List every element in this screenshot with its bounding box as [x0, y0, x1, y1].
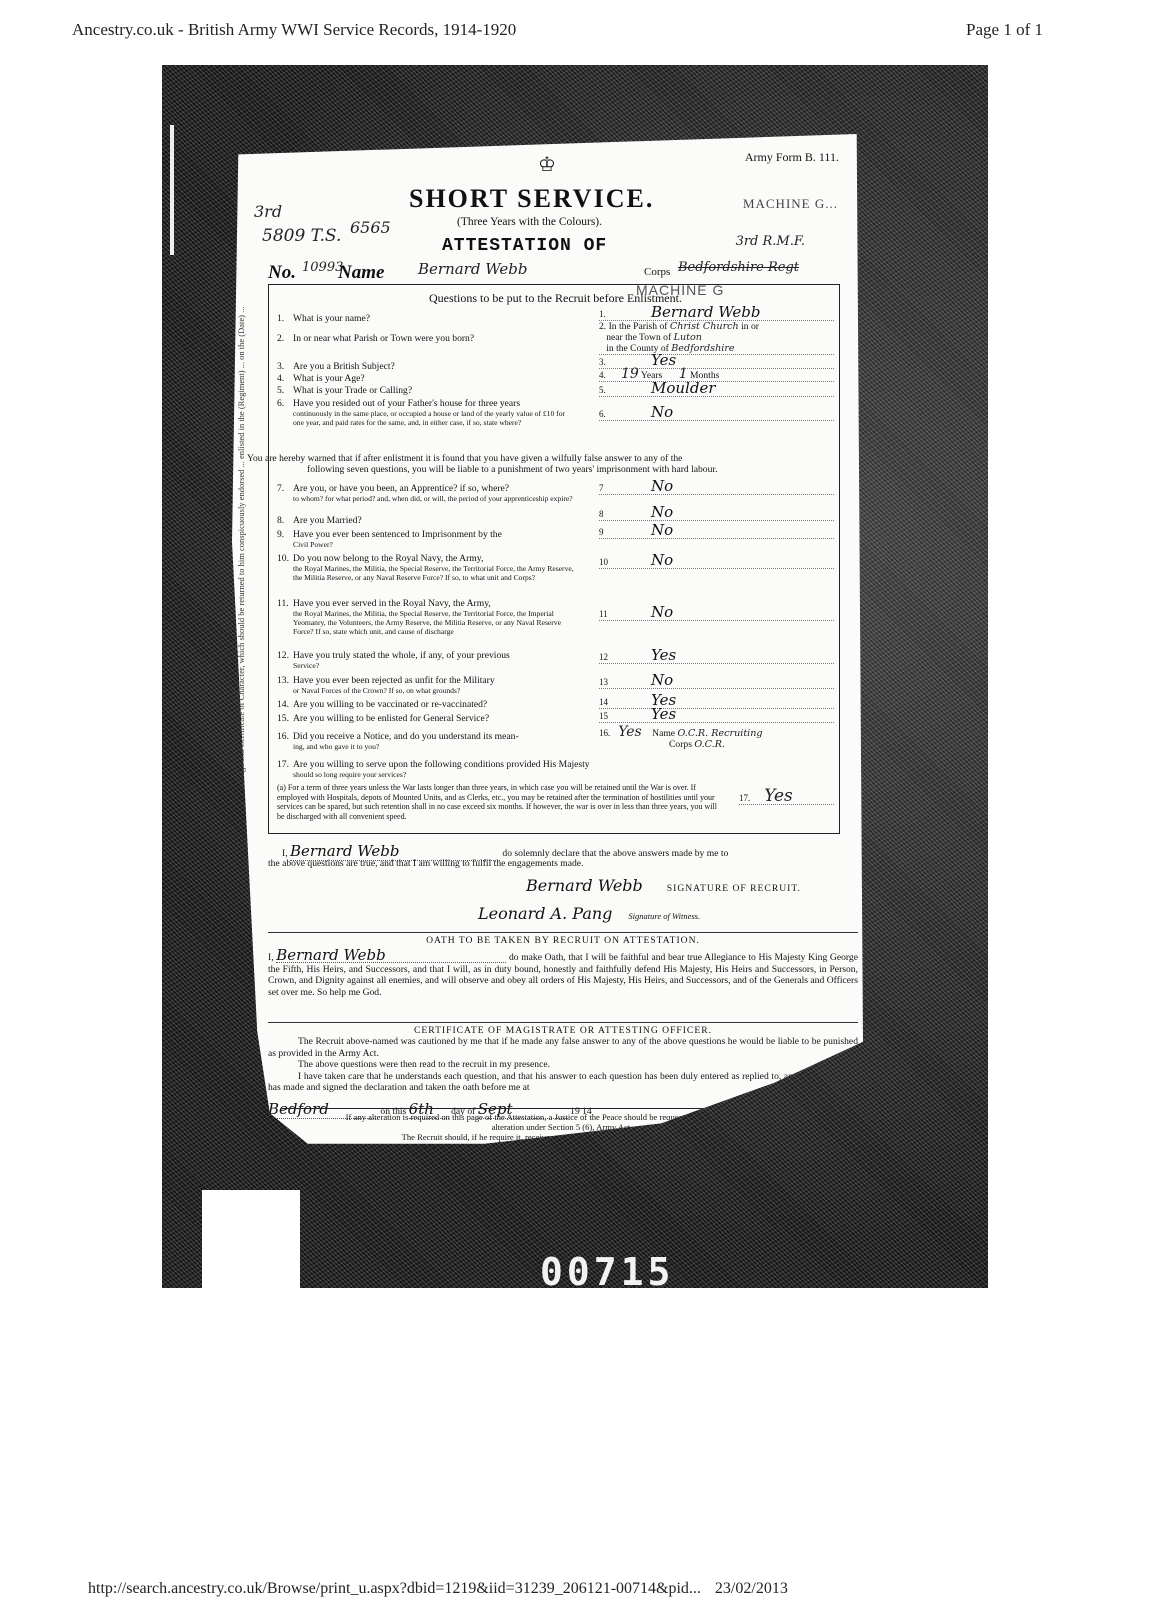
- witness-signature: Leonard A. Pang: [478, 904, 612, 923]
- declaration-section: I, Bernard Webb do solemnly declare that…: [268, 832, 858, 944]
- question-2: 2.In or near what Parish or Town were yo…: [277, 333, 577, 344]
- royal-crest-icon: ♔: [538, 152, 556, 177]
- oath-heading: OATH TO BE TAKEN BY RECRUIT ON ATTESTATI…: [268, 935, 858, 946]
- annotation-3rd: 3rd: [254, 202, 282, 221]
- condition-a: (a) For a term of three years unless the…: [277, 783, 717, 821]
- answer-16: 16.Yes Name O.C.R. Recruiting Corps O.C.…: [599, 727, 834, 750]
- corps-label: Corps: [644, 266, 670, 278]
- name-value: Bernard Webb: [418, 260, 528, 278]
- answer-4: 4.19 Years 1 Months: [599, 369, 834, 382]
- question-14: 14.Are you willing to be vaccinated or r…: [277, 699, 577, 710]
- recruit-signature-line: Bernard WebbSIGNATURE OF RECRUIT.: [526, 876, 801, 896]
- answer-2-town: near the Town of Luton: [599, 332, 834, 343]
- question-8: 8.Are you Married?: [277, 515, 577, 526]
- question-3: 3.Are you a British Subject?: [277, 361, 577, 372]
- answer-8: 8No: [599, 507, 834, 521]
- print-date: 23/02/2013: [715, 1580, 788, 1597]
- annotation-ts-number: 5809 T.S.: [262, 226, 341, 246]
- answer-17: 17.Yes: [739, 791, 834, 805]
- answer-15: 15Yes: [599, 709, 834, 723]
- annotation-corps-note: 3rd R.M.F.: [736, 234, 805, 249]
- question-4: 4.What is your Age?: [277, 373, 577, 384]
- question-12: 12.Have you truly stated the whole, if a…: [277, 650, 577, 670]
- header-fields: No. 10993 Name Bernard Webb Corps Bedfor…: [268, 262, 838, 285]
- answer-1: 1.Bernard Webb: [599, 307, 834, 321]
- name-label: Name: [338, 262, 384, 284]
- answer-14: 14Yes: [599, 695, 834, 709]
- question-7: 7.Are you, or have you been, an Apprenti…: [277, 483, 577, 503]
- recruit-signature: Bernard Webb: [526, 876, 643, 895]
- annotation-stamp: MACHINE G...: [743, 196, 838, 212]
- certificate-heading: CERTIFICATE OF MAGISTRATE OR ATTESTING O…: [268, 1025, 858, 1036]
- film-edge-mark: [170, 125, 174, 255]
- answer-10: 10No: [599, 555, 834, 569]
- witness-signature-line: Leonard A. PangSignature of Witness.: [478, 904, 700, 924]
- print-title: Ancestry.co.uk - British Army WWI Servic…: [72, 20, 516, 40]
- question-13: 13.Have you ever been rejected as unfit …: [277, 675, 577, 695]
- print-footer: http://search.ancestry.co.uk/Browse/prin…: [88, 1580, 788, 1598]
- answer-6: 6.No: [599, 407, 834, 421]
- question-6: 6.Have you resided out of your Father's …: [277, 398, 577, 427]
- answer-11: 11No: [599, 607, 834, 621]
- film-white-patch: [202, 1190, 300, 1288]
- question-10: 10.Do you now belong to the Royal Navy, …: [277, 553, 577, 582]
- form-subtitle: (Three Years with the Colours).: [457, 216, 602, 228]
- number-label: No.: [268, 262, 296, 284]
- question-5: 5.What is your Trade or Calling?: [277, 385, 577, 396]
- answer-5: 5.Moulder: [599, 383, 834, 397]
- answer-2-county: in the County of Bedfordshire: [599, 343, 834, 355]
- form-number: Army Form B. 111.: [745, 150, 839, 165]
- questions-box: Questions to be put to the Recruit befor…: [268, 284, 840, 834]
- oath-section: OATH TO BE TAKEN BY RECRUIT ON ATTESTATI…: [268, 932, 858, 998]
- question-11: 11.Have you ever served in the Royal Nav…: [277, 598, 577, 636]
- oath-name: Bernard Webb: [276, 950, 506, 963]
- answer-2-parish: 2. In the Parish of Christ Church in or: [599, 321, 834, 332]
- questions-heading: Questions to be put to the Recruit befor…: [429, 291, 682, 306]
- question-9: 9.Have you ever been sentenced to Impris…: [277, 529, 577, 549]
- question-15: 15.Are you willing to be enlisted for Ge…: [277, 713, 577, 724]
- warning-text: You are hereby warned that if after enli…: [247, 453, 827, 475]
- corps-value: Bedfordshire Regt: [678, 260, 799, 275]
- film-frame-number: 00715: [540, 1250, 674, 1294]
- question-17: 17.Are you willing to serve upon the fol…: [277, 759, 817, 779]
- source-url: http://search.ancestry.co.uk/Browse/prin…: [88, 1580, 701, 1597]
- page-count: Page 1 of 1: [966, 20, 1043, 40]
- answer-9: 9No: [599, 525, 834, 539]
- annotation-number: 6565: [350, 218, 391, 237]
- answer-7: 7No: [599, 481, 834, 495]
- attestation-heading: ATTESTATION OF: [442, 236, 607, 256]
- answer-12: 12Yes: [599, 650, 834, 664]
- answer-13: 13No: [599, 675, 834, 689]
- attestation-form: ...his Certificate of Discharge and Cert…: [232, 134, 863, 1154]
- form-title: SHORT SERVICE.: [409, 184, 654, 214]
- question-16: 16.Did you receive a Notice, and do you …: [277, 731, 577, 751]
- question-1: 1.What is your name?: [277, 313, 577, 324]
- print-header: Ancestry.co.uk - British Army WWI Servic…: [72, 20, 1043, 46]
